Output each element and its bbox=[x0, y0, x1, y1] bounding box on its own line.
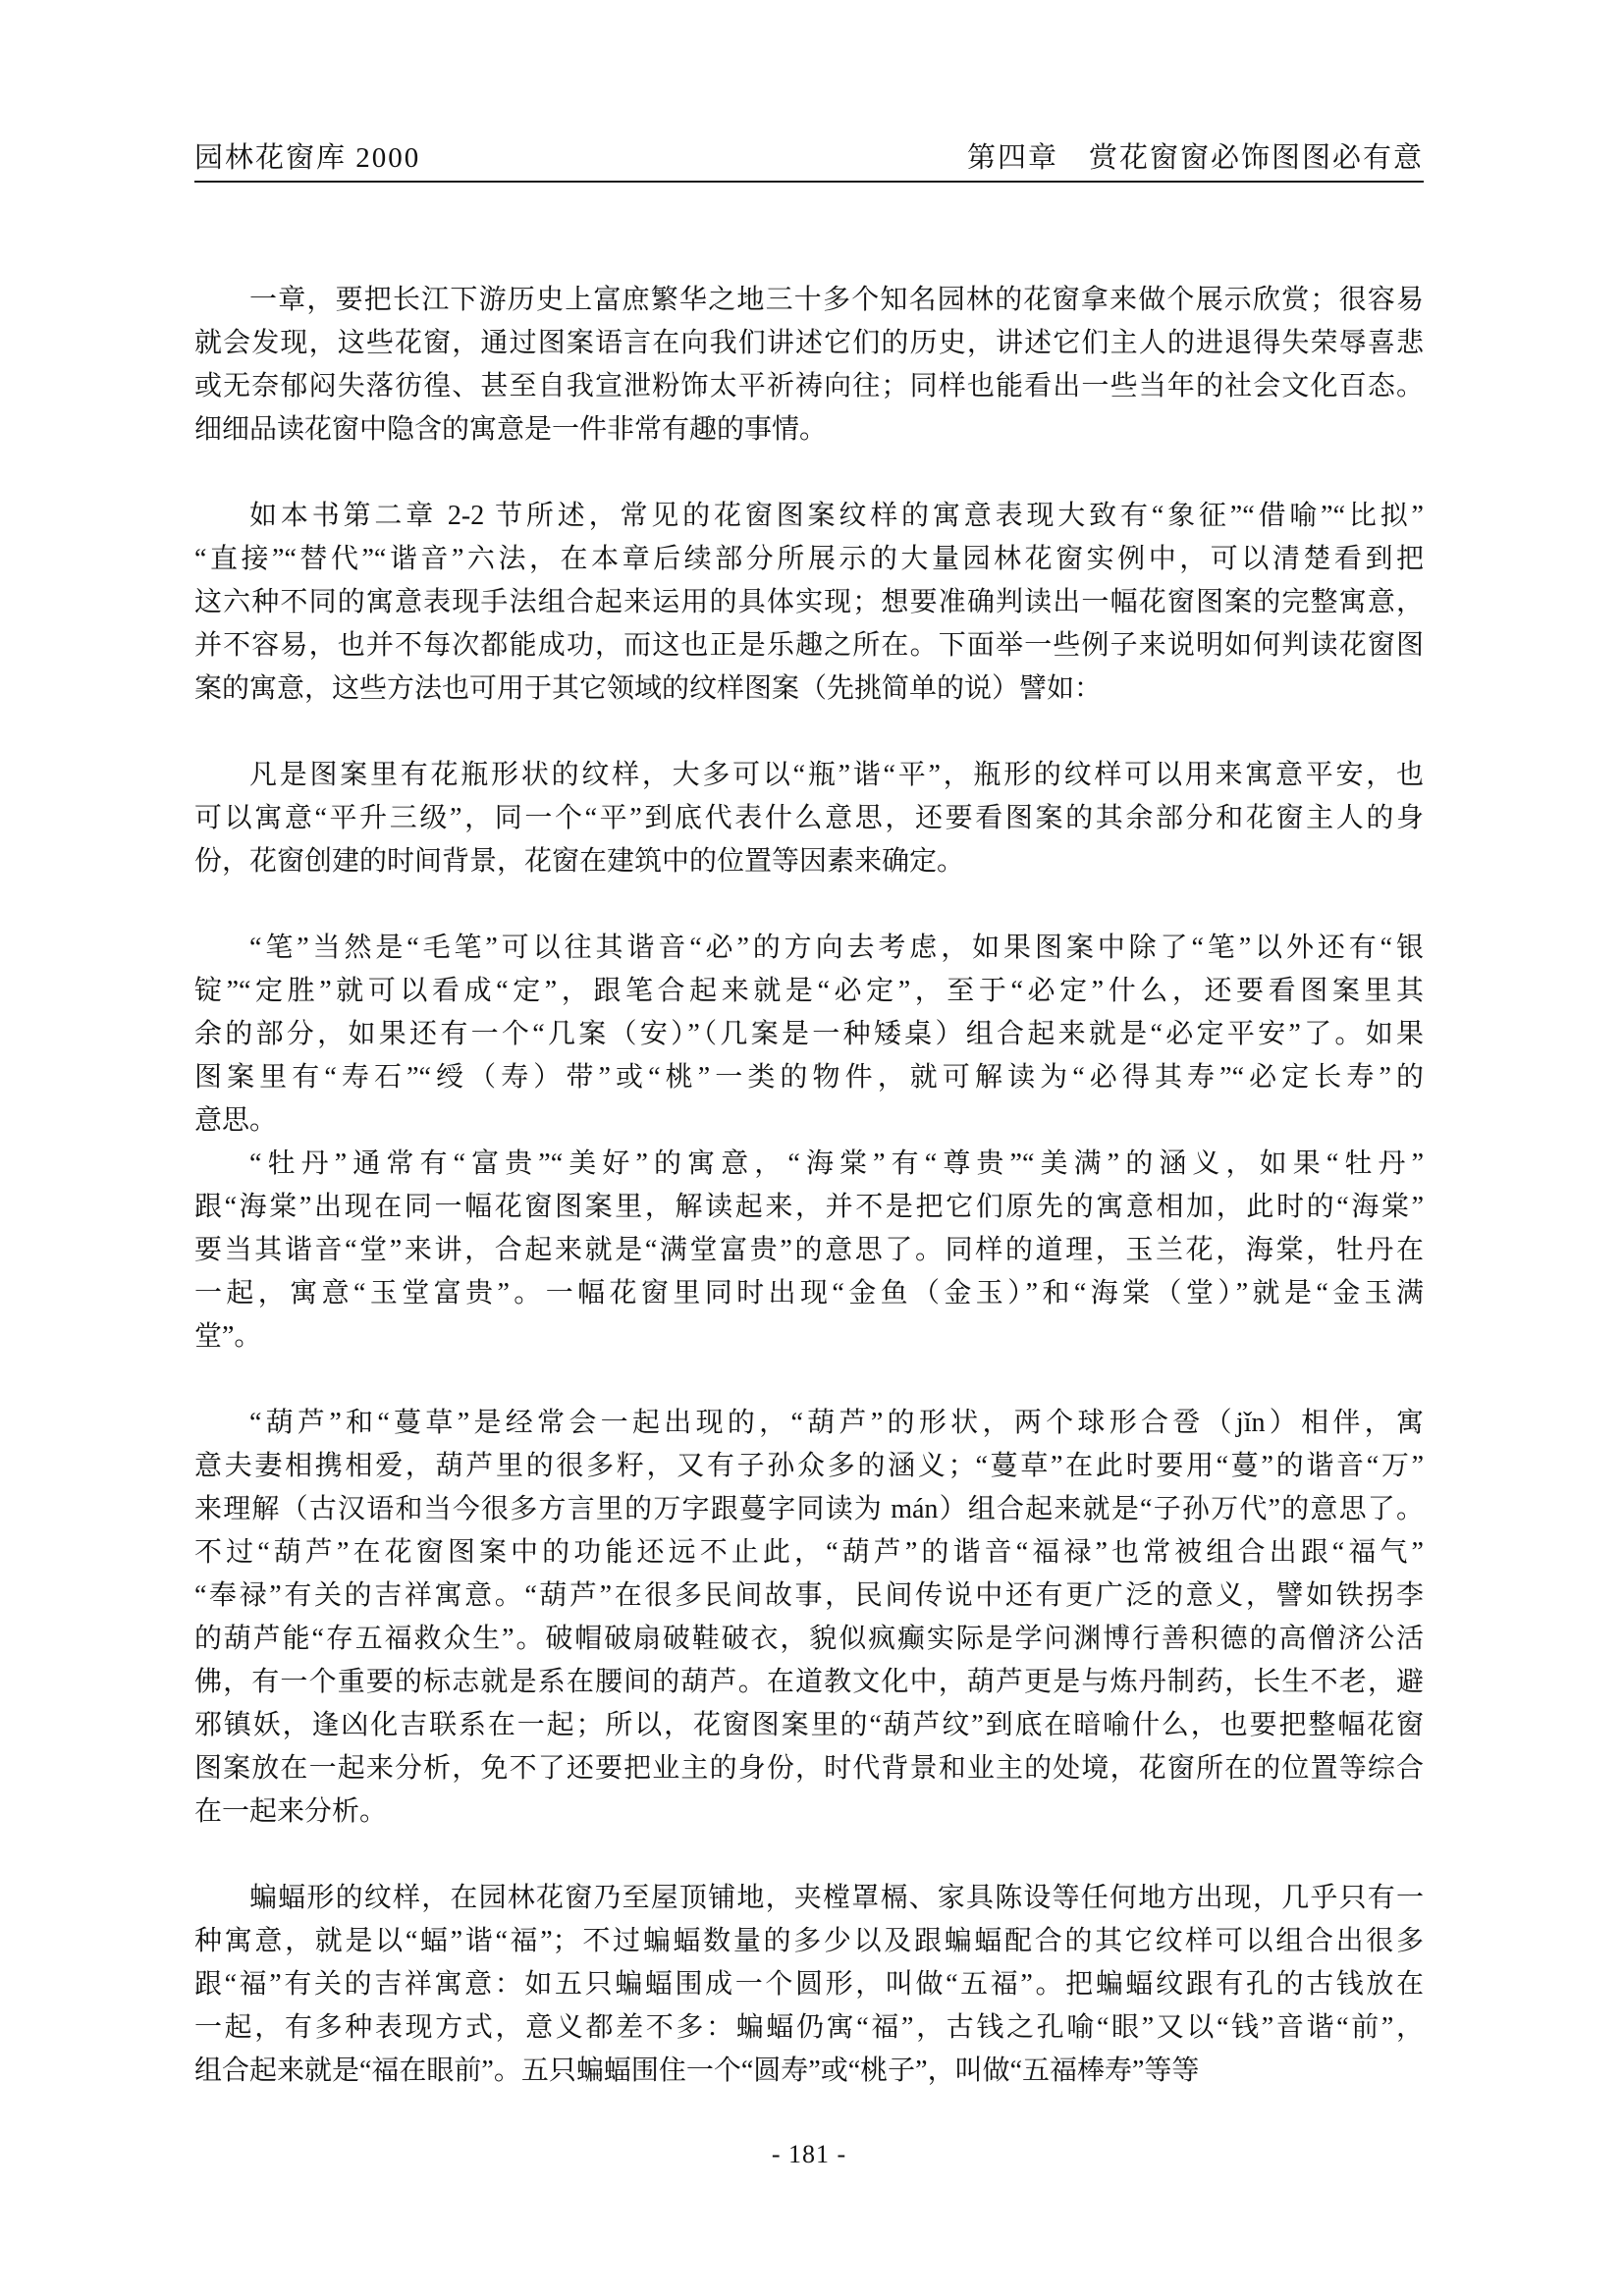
text-line: 图案里有“寿石”“绶（寿）带”或“桃”一类的物件，就可解读为“必得其寿”“必定长… bbox=[194, 1056, 1424, 1099]
header-book-title: 园林花窗库 2000 bbox=[194, 141, 420, 175]
text-line: 在一起来分析。 bbox=[194, 1790, 1424, 1834]
text-line: 凡是图案里有花瓶形状的纹样，大多可以“瓶”谐“平”，瓶形的纹样可以用来寓意平安，… bbox=[194, 754, 1424, 797]
body-paragraphs: 一章，要把长江下游历史上富庶繁华之地三十多个知名园林的花窗拿来做个展示欣赏；很容… bbox=[194, 279, 1424, 2093]
text-line: “葫芦”和“蔓草”是经常会一起出现的，“葫芦”的形状，两个球形合卺（jǐn）相伴… bbox=[194, 1402, 1424, 1445]
page-header: 园林花窗库 2000 第四章 赏花窗窗必饰图图必有意 bbox=[194, 0, 1424, 183]
text-line: 一章，要把长江下游历史上富庶繁华之地三十多个知名园林的花窗拿来做个展示欣赏；很容… bbox=[194, 279, 1424, 322]
text-line: 邪镇妖，逢凶化吉联系在一起；所以，花窗图案里的“葫芦纹”到底在暗喻什么，也要把整… bbox=[194, 1704, 1424, 1747]
text-line: 佛，有一个重要的标志就是系在腰间的葫芦。在道教文化中，葫芦更是与炼丹制药，长生不… bbox=[194, 1661, 1424, 1704]
paragraph: 如本书第二章 2-2 节所述，常见的花窗图案纹样的寓意表现大致有“象征”“借喻”… bbox=[194, 495, 1424, 711]
document-page: 园林花窗库 2000 第四章 赏花窗窗必饰图图必有意 一章，要把长江下游历史上富… bbox=[0, 0, 1624, 2296]
text-line: 的葫芦能“存五福救众生”。破帽破扇破鞋破衣，貌似疯癫实际是学问渊博行善积德的高僧… bbox=[194, 1618, 1424, 1661]
text-line: 或无奈郁闷失落彷徨、甚至自我宣泄粉饰太平祈祷向往；同样也能看出一些当年的社会文化… bbox=[194, 365, 1424, 408]
text-line: 余的部分，如果还有一个“几案（安）”（几案是一种矮桌）组合起来就是“必定平安”了… bbox=[194, 1013, 1424, 1056]
text-line: 意夫妻相携相爱，葫芦里的很多籽，又有子孙众多的涵义；“蔓草”在此时要用“蔓”的谐… bbox=[194, 1445, 1424, 1488]
text-line: 组合起来就是“福在眼前”。五只蝙蝠围住一个“圆寿”或“桃子”，叫做“五福棒寿”等… bbox=[194, 2050, 1424, 2093]
text-line: 图案放在一起来分析，免不了还要把业主的身份，时代背景和业主的处境，花窗所在的位置… bbox=[194, 1747, 1424, 1790]
text-line: “直接”“替代”“谐音”六法，在本章后续部分所展示的大量园林花窗实例中，可以清楚… bbox=[194, 538, 1424, 581]
paragraph: “牡丹”通常有“富贵”“美好”的寓意，“海棠”有“尊贵”“美满”的涵义，如果“牡… bbox=[194, 1143, 1424, 1359]
text-line: 要当其谐音“堂”来讲，合起来就是“满堂富贵”的意思了。同样的道理，玉兰花，海棠，… bbox=[194, 1229, 1424, 1272]
header-chapter-title: 第四章 赏花窗窗必饰图图必有意 bbox=[967, 141, 1424, 175]
page-number: - 181 - bbox=[194, 2140, 1424, 2169]
text-line: 可以寓意“平升三级”，同一个“平”到底代表什么意思，还要看图案的其余部分和花窗主… bbox=[194, 797, 1424, 840]
text-line: 一起，寓意“玉堂富贵”。一幅花窗里同时出现“金鱼（金玉）”和“海棠（堂）”就是“… bbox=[194, 1272, 1424, 1315]
text-line: 跟“福”有关的吉祥寓意：如五只蝙蝠围成一个圆形，叫做“五福”。把蝙蝠纹跟有孔的古… bbox=[194, 1963, 1424, 2006]
text-line: 就会发现，这些花窗，通过图案语言在向我们讲述它们的历史，讲述它们主人的进退得失荣… bbox=[194, 322, 1424, 365]
text-line: “笔”当然是“毛笔”可以往其谐音“必”的方向去考虑，如果图案中除了“笔”以外还有… bbox=[194, 927, 1424, 970]
text-line: 意思。 bbox=[194, 1099, 1424, 1143]
text-line: “牡丹”通常有“富贵”“美好”的寓意，“海棠”有“尊贵”“美满”的涵义，如果“牡… bbox=[194, 1143, 1424, 1186]
text-line: 种寓意，就是以“蝠”谐“福”；不过蝙蝠数量的多少以及跟蝙蝠配合的其它纹样可以组合… bbox=[194, 1920, 1424, 1963]
text-line: 跟“海棠”出现在同一幅花窗图案里，解读起来，并不是把它们原先的寓意相加，此时的“… bbox=[194, 1186, 1424, 1229]
text-line: 并不容易，也并不每次都能成功，而这也正是乐趣之所在。下面举一些例子来说明如何判读… bbox=[194, 624, 1424, 667]
paragraph: 一章，要把长江下游历史上富庶繁华之地三十多个知名园林的花窗拿来做个展示欣赏；很容… bbox=[194, 279, 1424, 452]
text-line: 堂”。 bbox=[194, 1315, 1424, 1359]
text-line: 细细品读花窗中隐含的寓意是一件非常有趣的事情。 bbox=[194, 408, 1424, 452]
text-line: 锭”“定胜”就可以看成“定”，跟笔合起来就是“必定”，至于“必定”什么，还要看图… bbox=[194, 970, 1424, 1013]
text-line: 份，花窗创建的时间背景，花窗在建筑中的位置等因素来确定。 bbox=[194, 840, 1424, 883]
paragraph: 蝙蝠形的纹样，在园林花窗乃至屋顶铺地，夹樘罩槅、家具陈设等任何地方出现，几乎只有… bbox=[194, 1877, 1424, 2093]
paragraph: “葫芦”和“蔓草”是经常会一起出现的，“葫芦”的形状，两个球形合卺（jǐn）相伴… bbox=[194, 1402, 1424, 1834]
text-line: 来理解（古汉语和当今很多方言里的万字跟蔓字同读为 mán）组合起来就是“子孙万代… bbox=[194, 1488, 1424, 1531]
text-line: 案的寓意，这些方法也可用于其它领域的纹样图案（先挑简单的说）譬如： bbox=[194, 667, 1424, 711]
text-line: 蝙蝠形的纹样，在园林花窗乃至屋顶铺地，夹樘罩槅、家具陈设等任何地方出现，几乎只有… bbox=[194, 1877, 1424, 1920]
text-line: 这六种不同的寓意表现手法组合起来运用的具体实现；想要准确判读出一幅花窗图案的完整… bbox=[194, 581, 1424, 624]
paragraph: 凡是图案里有花瓶形状的纹样，大多可以“瓶”谐“平”，瓶形的纹样可以用来寓意平安，… bbox=[194, 754, 1424, 883]
page-content: 园林花窗库 2000 第四章 赏花窗窗必饰图图必有意 一章，要把长江下游历史上富… bbox=[194, 0, 1424, 2169]
text-line: 不过“葫芦”在花窗图案中的功能还远不止此，“葫芦”的谐音“福禄”也常被组合出跟“… bbox=[194, 1531, 1424, 1575]
text-line: 一起，有多种表现方式，意义都差不多：蝙蝠仍寓“福”，古钱之孔喻“眼”又以“钱”音… bbox=[194, 2006, 1424, 2050]
text-line: 如本书第二章 2-2 节所述，常见的花窗图案纹样的寓意表现大致有“象征”“借喻”… bbox=[194, 495, 1424, 538]
paragraph: “笔”当然是“毛笔”可以往其谐音“必”的方向去考虑，如果图案中除了“笔”以外还有… bbox=[194, 927, 1424, 1143]
text-line: “奉禄”有关的吉祥寓意。“葫芦”在很多民间故事，民间传说中还有更广泛的意义，譬如… bbox=[194, 1575, 1424, 1618]
